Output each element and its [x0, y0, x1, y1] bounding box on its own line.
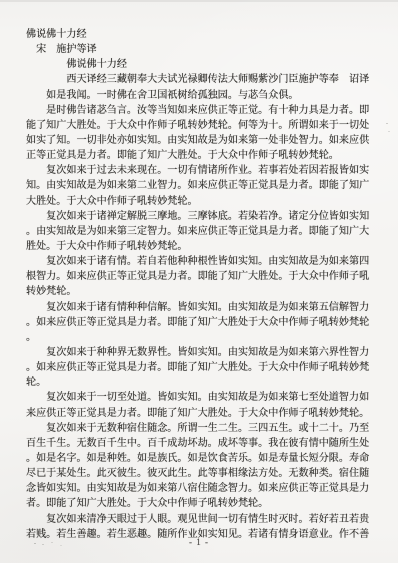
- text-line: 复次如来于种种界无数界性。皆如实知。由实知故是为如来第六界性智力: [26, 345, 372, 360]
- text-line: 能了知广大胜处。于大众中作师子吼转妙梵轮。何等为十。所谓如来于一切处: [26, 118, 372, 133]
- text-line: 是时佛告诸苾刍言。汝等当知如来应供正等正觉。有十种力具是力者。即: [26, 103, 372, 118]
- text-line: 复次如来于诸有情种种信解。皆如实知。由实知故是为如来第五信解智力: [26, 300, 372, 315]
- inner-title: 佛说佛十力经: [26, 57, 372, 72]
- text-line: 复次如来于诸有情。若自若他种种根性皆如实知。由实知故是为如来第四: [26, 254, 372, 269]
- scan-noise-specks: [34, 543, 36, 544]
- text-line: 复次如来于一切至处道。皆如实知。由实知故是为如来第七至处道智力如: [26, 390, 372, 405]
- text-line: 如是我闻。一时佛在舍卫国祇树给孤独园。与苾刍众俱。: [26, 88, 372, 103]
- text-line: 尽已于某处生。此灭彼生。彼灭此生。此等事相缘法方处。无数种类。宿住随: [26, 466, 372, 481]
- page: 佛说佛十力经 宋 施护等译 佛说佛十力经 西天译经三藏朝奉大夫试光禄卿传法大师赐…: [0, 0, 398, 563]
- text-line: 来应供正等正觉具是力者。即能了知广大胜处。于大众中作师子吼转妙梵轮。: [26, 406, 372, 421]
- text-line: 根智力。如来应供正等正觉具是力者。即能了知广大胜处。于大众中作师子吼: [26, 269, 372, 284]
- document-title: 佛说佛十力经: [26, 27, 372, 42]
- text-line: 。如来应供正等正觉具是力者。即能了知广大胜处于大众中作师子吼转妙梵轮: [26, 315, 372, 330]
- text-line: 复次如来清净天眼过于人眼。观见世间一切有情生时灭时。若好若丑若贵: [26, 512, 372, 527]
- text-line: 复次如来于过去未来现在。一切有情诸所作业。若事若处若因若报皆如实: [26, 163, 372, 178]
- text-line: 胜处。于大众中作师子吼转妙梵轮。: [26, 239, 372, 254]
- text-line: 大胜处。于大众中作师子吼转妙梵轮。: [26, 194, 372, 209]
- text-line: 正等正觉具是力者。即能了知广大胜处。于大众中作师子吼转妙梵轮。: [26, 148, 372, 163]
- translator-line: 宋 施护等译: [26, 42, 372, 57]
- text-line: 百生千生。无数百千生中。百千成劫坏劫。成坏等事。我在彼有情中随所生处: [26, 436, 372, 451]
- sutra-text: 佛说佛十力经 宋 施护等译 佛说佛十力经 西天译经三藏朝奉大夫试光禄卿传法大师赐…: [26, 27, 372, 542]
- text-line: 复次如来于无数种宿住随念。所谓一生二生。三四五生。或十二十。乃至: [26, 421, 372, 436]
- text-line: 念皆如实知。由实知故是为如来第八宿住随念智力。如来应供正等正觉具是力: [26, 481, 372, 496]
- text-line: 者。即能了知广大胜处。于大众中作师子吼转妙梵轮。: [26, 496, 372, 511]
- text-line: 转妙梵轮。: [26, 284, 372, 299]
- translator-attribution: 西天译经三藏朝奉大夫试光禄卿传法大师赐紫沙门臣施护等奉 诏译: [26, 72, 372, 87]
- text-line: 。如来应供正等正觉具是力者。即能了知广大胜处。于大众中作师子吼转妙梵: [26, 360, 372, 375]
- text-line: 。如是名字。如是种姓。如是族氏。如是饮食苦乐。如是寿量长短分限。寿命: [26, 451, 372, 466]
- page-number: - 1 -: [0, 537, 398, 547]
- text-line: 。由实知故是为如来第三定智力。如来应供正等正觉具是力者。即能了知广大: [26, 224, 372, 239]
- text-line: 如实了知。一切非处亦如实知。由实知故是为如来第一处非处智力。如来应供: [26, 133, 372, 148]
- text-line: 知。由实知故是为如来第二业智力。如来应供正等正觉具是力者。即能了知广: [26, 178, 372, 193]
- text-line: 复次如来于诸禅定解脱三摩地。三摩钵底。若染若净。诸定分位皆如实知: [26, 209, 372, 224]
- text-line: 。: [26, 330, 372, 345]
- text-line: 轮。: [26, 375, 372, 390]
